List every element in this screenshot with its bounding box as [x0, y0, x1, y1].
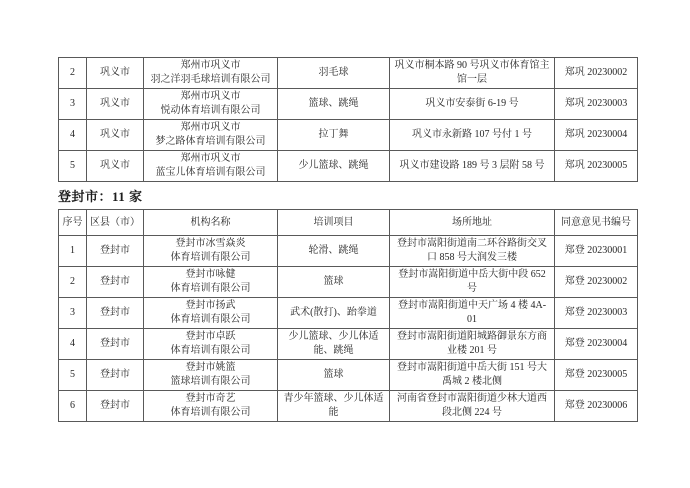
cell-project: 羽毛球 [278, 58, 390, 89]
header-org-name: 机构名称 [144, 210, 278, 236]
cell-org-name: 郑州市巩义市 悦动体育培训有限公司 [144, 89, 278, 120]
cell-address: 登封市嵩阳街道南二环谷路街交叉口 858 号大润发三楼 [390, 236, 555, 267]
cell-cert-number: 郑巩 20230002 [555, 58, 638, 89]
cell-org-name: 登封市奇艺 体育培训有限公司 [144, 391, 278, 422]
table-header-row: 序号 区县（市） 机构名称 培训项目 场所地址 同意意见书编号 [59, 210, 638, 236]
cell-project: 篮球 [278, 267, 390, 298]
table-row: 4 巩义市 郑州市巩义市 梦之路体育培训有限公司 拉丁舞 巩义市永新路 107 … [59, 120, 638, 151]
cell-address: 巩义市建设路 189 号 3 层附 58 号 [390, 151, 555, 182]
header-project: 培训项目 [278, 210, 390, 236]
cell-cert-number: 郑巩 20230004 [555, 120, 638, 151]
cell-cert-number: 郑登 20230001 [555, 236, 638, 267]
cell-project: 轮滑、跳绳 [278, 236, 390, 267]
org-name-line1: 郑州市巩义市 [147, 121, 274, 135]
org-name-line1: 登封市姚篮 [147, 361, 274, 375]
cell-cert-number: 郑登 20230006 [555, 391, 638, 422]
cell-address: 巩义市永新路 107 号付 1 号 [390, 120, 555, 151]
cell-district: 巩义市 [87, 151, 144, 182]
cell-project: 少儿篮球、少儿体适能、跳绳 [278, 329, 390, 360]
cell-seq: 5 [59, 151, 87, 182]
org-name-line1: 郑州市巩义市 [147, 90, 274, 104]
cell-district: 巩义市 [87, 89, 144, 120]
org-name-line2: 体育培训有限公司 [147, 344, 274, 358]
cell-org-name: 郑州市巩义市 梦之路体育培训有限公司 [144, 120, 278, 151]
org-name-line1: 登封市卓跃 [147, 330, 274, 344]
cell-district: 登封市 [87, 267, 144, 298]
cell-address: 登封市嵩阳街道中岳大街中段 652 号 [390, 267, 555, 298]
org-name-line1: 登封市奇艺 [147, 392, 274, 406]
cell-cert-number: 郑登 20230003 [555, 298, 638, 329]
section-heading-dengfeng: 登封市：11 家 [58, 186, 143, 205]
dengfeng-training-table: 序号 区县（市） 机构名称 培训项目 场所地址 同意意见书编号 1 登封市 登封… [58, 209, 638, 422]
cell-cert-number: 郑巩 20230003 [555, 89, 638, 120]
cell-project: 武术(散打)、跆拳道 [278, 298, 390, 329]
org-name-line2: 羽之洋羽毛球培训有限公司 [147, 73, 274, 87]
cell-seq: 2 [59, 58, 87, 89]
org-name-line1: 郑州市巩义市 [147, 59, 274, 73]
org-name-line1: 登封市冰雪焱炎 [147, 237, 274, 251]
cell-address: 巩义市桐本路 90 号巩义市体育馆主馆一层 [390, 58, 555, 89]
table-row: 1 登封市 登封市冰雪焱炎 体育培训有限公司 轮滑、跳绳 登封市嵩阳街道南二环谷… [59, 236, 638, 267]
org-name-line2: 蓝宝儿体育培训有限公司 [147, 166, 274, 180]
cell-org-name: 登封市冰雪焱炎 体育培训有限公司 [144, 236, 278, 267]
table-row: 3 巩义市 郑州市巩义市 悦动体育培训有限公司 篮球、跳绳 巩义市安泰街 6-1… [59, 89, 638, 120]
cell-address: 河南省登封市嵩阳街道少林大道西段北侧 224 号 [390, 391, 555, 422]
cell-project: 少儿篮球、跳绳 [278, 151, 390, 182]
org-name-line2: 体育培训有限公司 [147, 406, 274, 420]
cell-address: 登封市嵩阳街道中天广场 4 楼 4A-01 [390, 298, 555, 329]
table-row: 6 登封市 登封市奇艺 体育培训有限公司 青少年篮球、少儿体适能 河南省登封市嵩… [59, 391, 638, 422]
org-name-line2: 体育培训有限公司 [147, 313, 274, 327]
org-name-line2: 篮球培训有限公司 [147, 375, 274, 389]
org-name-line1: 登封市扬武 [147, 299, 274, 313]
cell-cert-number: 郑登 20230005 [555, 360, 638, 391]
cell-org-name: 登封市咏健 体育培训有限公司 [144, 267, 278, 298]
org-name-line2: 悦动体育培训有限公司 [147, 104, 274, 118]
cell-address: 巩义市安泰街 6-19 号 [390, 89, 555, 120]
org-name-line2: 梦之路体育培训有限公司 [147, 135, 274, 149]
cell-district: 登封市 [87, 298, 144, 329]
org-name-line2: 体育培训有限公司 [147, 282, 274, 296]
cell-org-name: 登封市扬武 体育培训有限公司 [144, 298, 278, 329]
header-seq: 序号 [59, 210, 87, 236]
table-row: 5 巩义市 郑州市巩义市 蓝宝儿体育培训有限公司 少儿篮球、跳绳 巩义市建设路 … [59, 151, 638, 182]
cell-district: 巩义市 [87, 120, 144, 151]
cell-district: 登封市 [87, 360, 144, 391]
cell-address: 登封市嵩阳街道中岳大街 151 号大禹城 2 楼北侧 [390, 360, 555, 391]
org-name-line1: 郑州市巩义市 [147, 152, 274, 166]
header-district: 区县（市） [87, 210, 144, 236]
cell-seq: 5 [59, 360, 87, 391]
table-row: 2 巩义市 郑州市巩义市 羽之洋羽毛球培训有限公司 羽毛球 巩义市桐本路 90 … [59, 58, 638, 89]
table-row: 2 登封市 登封市咏健 体育培训有限公司 篮球 登封市嵩阳街道中岳大街中段 65… [59, 267, 638, 298]
cell-cert-number: 郑登 20230002 [555, 267, 638, 298]
cell-seq: 3 [59, 89, 87, 120]
org-name-line2: 体育培训有限公司 [147, 251, 274, 265]
cell-seq: 1 [59, 236, 87, 267]
cell-seq: 6 [59, 391, 87, 422]
cell-project: 篮球 [278, 360, 390, 391]
cell-cert-number: 郑巩 20230005 [555, 151, 638, 182]
org-name-line1: 登封市咏健 [147, 268, 274, 282]
cell-district: 登封市 [87, 236, 144, 267]
cell-seq: 2 [59, 267, 87, 298]
cell-org-name: 郑州市巩义市 羽之洋羽毛球培训有限公司 [144, 58, 278, 89]
cell-seq: 4 [59, 329, 87, 360]
cell-cert-number: 郑登 20230004 [555, 329, 638, 360]
header-address: 场所地址 [390, 210, 555, 236]
cell-project: 青少年篮球、少儿体适能 [278, 391, 390, 422]
table-row: 3 登封市 登封市扬武 体育培训有限公司 武术(散打)、跆拳道 登封市嵩阳街道中… [59, 298, 638, 329]
cell-project: 篮球、跳绳 [278, 89, 390, 120]
cell-seq: 4 [59, 120, 87, 151]
cell-org-name: 郑州市巩义市 蓝宝儿体育培训有限公司 [144, 151, 278, 182]
cell-address: 登封市嵩阳街道阳城路御景东方商业楼 201 号 [390, 329, 555, 360]
table-row: 5 登封市 登封市姚篮 篮球培训有限公司 篮球 登封市嵩阳街道中岳大街 151 … [59, 360, 638, 391]
header-cert-number: 同意意见书编号 [555, 210, 638, 236]
cell-district: 登封市 [87, 329, 144, 360]
cell-seq: 3 [59, 298, 87, 329]
cell-org-name: 登封市卓跃 体育培训有限公司 [144, 329, 278, 360]
gongyi-training-table: 2 巩义市 郑州市巩义市 羽之洋羽毛球培训有限公司 羽毛球 巩义市桐本路 90 … [58, 57, 638, 182]
cell-project: 拉丁舞 [278, 120, 390, 151]
cell-org-name: 登封市姚篮 篮球培训有限公司 [144, 360, 278, 391]
cell-district: 登封市 [87, 391, 144, 422]
table-row: 4 登封市 登封市卓跃 体育培训有限公司 少儿篮球、少儿体适能、跳绳 登封市嵩阳… [59, 329, 638, 360]
cell-district: 巩义市 [87, 58, 144, 89]
